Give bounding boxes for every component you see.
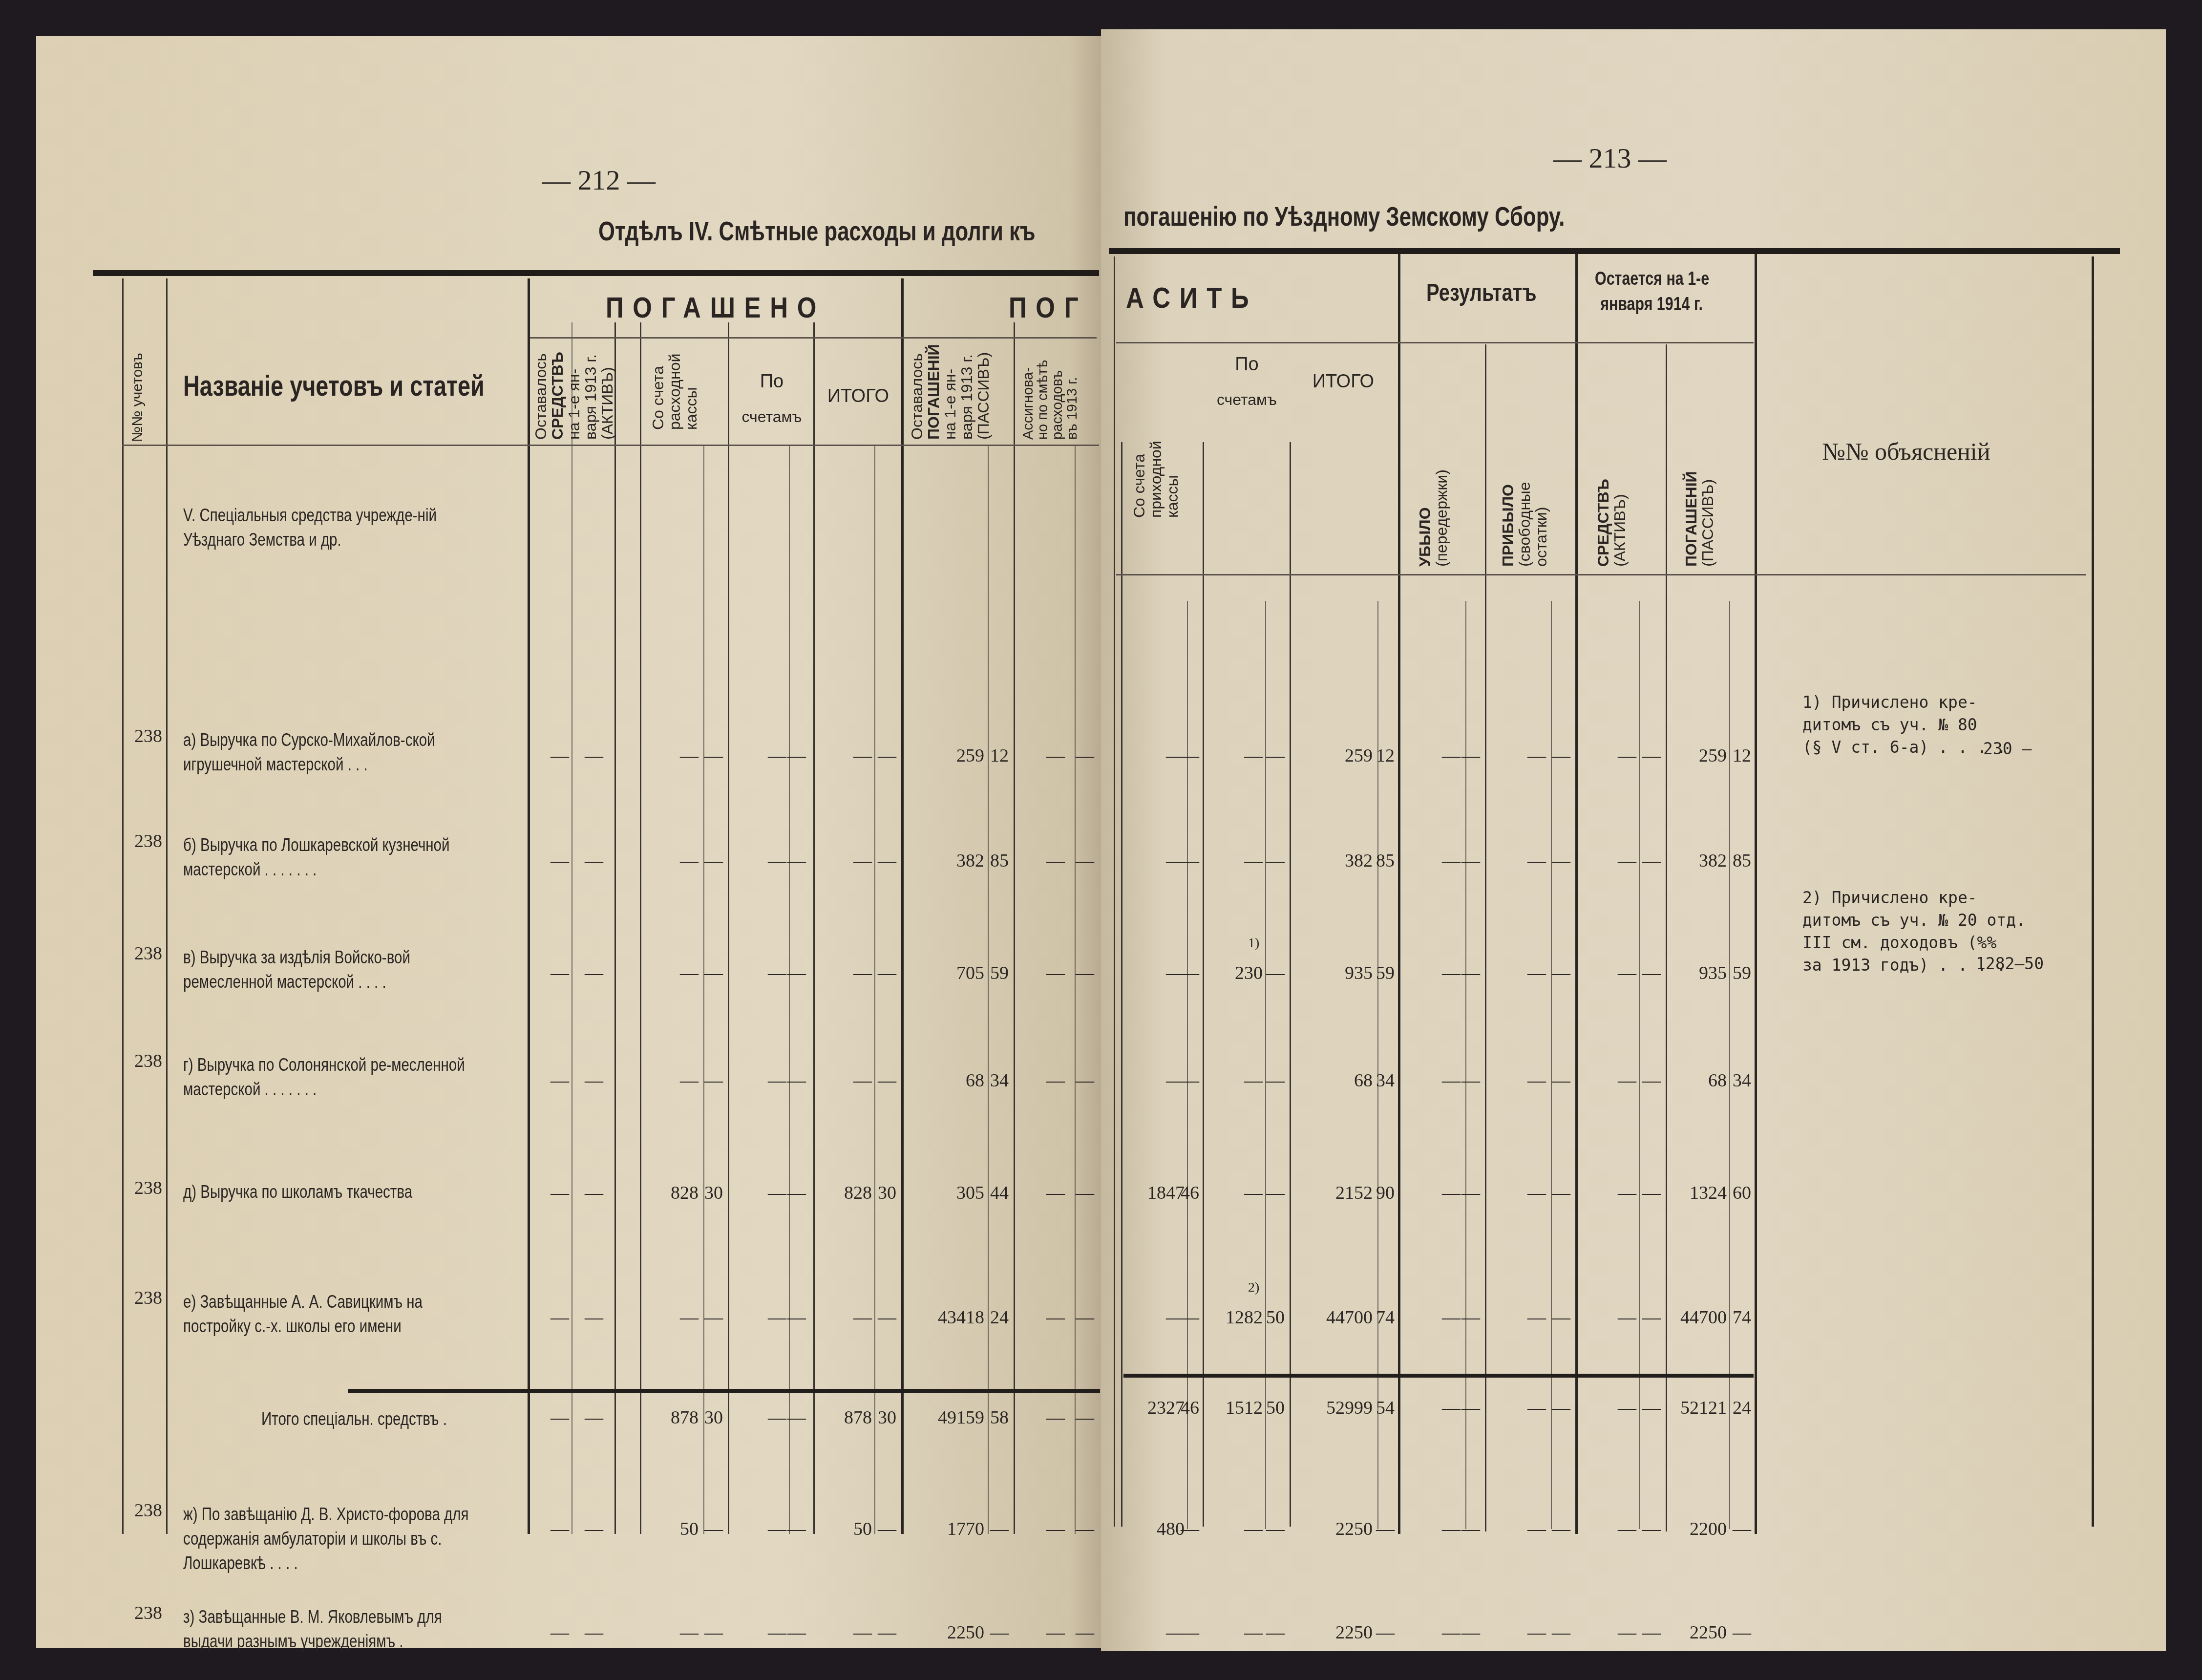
right-cell: —: [1642, 1182, 1661, 1204]
account-number: 238: [134, 725, 162, 747]
right-cell: —: [1642, 745, 1661, 766]
right-cell: —: [1527, 1622, 1546, 1643]
left-cell: —: [704, 1307, 723, 1328]
right-cell: 85: [1733, 850, 1751, 872]
left-cell: 59: [990, 962, 1009, 984]
right-cell: —: [1181, 1307, 1199, 1328]
total-left-cell: —: [585, 1407, 603, 1428]
total-right-cell: 54: [1376, 1397, 1395, 1419]
left-cell: —: [704, 745, 723, 766]
left-cell: —: [878, 745, 896, 766]
left-cell: 259: [956, 745, 984, 766]
right-cell: —: [1552, 1070, 1570, 1091]
right-cell: —: [1181, 1070, 1199, 1091]
page-number-left: — 212 —: [542, 164, 656, 196]
right-cell: 259: [1345, 745, 1373, 766]
total-right-cell: —: [1552, 1397, 1570, 1419]
right-cell: 68: [1354, 1070, 1373, 1091]
right-cell: —: [1733, 1622, 1751, 1643]
header-account-no: №№ учетовъ: [129, 353, 146, 442]
left-cell: —: [787, 1307, 806, 1328]
right-cell: 50: [1266, 1307, 1285, 1328]
right-cell: —: [1618, 1070, 1636, 1091]
header-assigned-by-estimate: Ассигнова- но по смѣтѣ расходовъ въ 1913…: [1021, 360, 1080, 440]
right-cell: 59: [1376, 962, 1395, 984]
left-cell: 85: [990, 850, 1009, 872]
right-cell: 68: [1708, 1070, 1727, 1091]
row-label: ж) По завѣщанію Д. В. Христо-форова для …: [183, 1502, 487, 1575]
left-cell: —: [787, 1622, 806, 1643]
total-right-cell: 52121: [1680, 1397, 1727, 1419]
right-cell: —: [1527, 1307, 1546, 1328]
left-cell: 828: [671, 1182, 699, 1204]
left-cell: —: [585, 1070, 603, 1091]
total-right-cell: 50: [1266, 1397, 1285, 1419]
left-cell: —: [1076, 1070, 1094, 1091]
header-from-expense-cash: Со счета расходной кассы: [650, 354, 699, 430]
total-right-cell: 1512: [1226, 1397, 1263, 1419]
right-cell: —: [1552, 745, 1570, 766]
page-title-left: Отдѣлъ IV. Смѣтные расходы и долги къ: [598, 215, 1036, 247]
left-cell: —: [1076, 962, 1094, 984]
total-right-cell: —: [1527, 1397, 1546, 1419]
right-cell: —: [1642, 850, 1661, 872]
right-cell: 12: [1376, 745, 1395, 766]
left-cell: —: [1046, 1622, 1065, 1643]
left-cell: —: [853, 1307, 872, 1328]
total-right-cell: —: [1461, 1397, 1480, 1419]
right-cell: —: [1461, 1307, 1480, 1328]
right-cell: —: [1461, 1070, 1480, 1091]
left-cell: —: [768, 1518, 786, 1540]
total-left-cell: —: [787, 1407, 806, 1428]
total-left-cell: 58: [990, 1407, 1009, 1428]
right-cell: —: [1266, 1182, 1285, 1204]
total-label: Итого спеціальн. средствъ .: [261, 1407, 502, 1431]
left-cell: —: [878, 1518, 896, 1540]
left-cell: 43418: [938, 1307, 984, 1328]
right-cell: —: [1244, 1622, 1263, 1643]
header-remaining-funds: Оставалось СРЕДСТВЪ на 1-е ян- варя 1913…: [532, 352, 615, 440]
right-cell: 259: [1699, 745, 1727, 766]
right-cell: —: [1461, 1518, 1480, 1540]
page-number-right: — 213 —: [1553, 142, 1667, 174]
row-label: д) Выручка по школамъ ткачества: [183, 1180, 487, 1204]
right-cell: 230: [1235, 962, 1263, 984]
right-cell: —: [1244, 1518, 1263, 1540]
page-title-right: погашенію по Уѣздному Земскому Сбору.: [1123, 200, 1565, 232]
right-cell: —: [1181, 962, 1199, 984]
left-cell: —: [768, 1182, 786, 1204]
left-cell: —: [787, 1518, 806, 1540]
right-cell: —: [1461, 745, 1480, 766]
left-cell: —: [1046, 1070, 1065, 1091]
right-cell: —: [1642, 962, 1661, 984]
right-cell: —: [1442, 962, 1461, 984]
left-cell: —: [704, 962, 723, 984]
right-cell: 2250: [1335, 1622, 1373, 1643]
right-cell: —: [1181, 850, 1199, 872]
left-cell: 24: [990, 1307, 1009, 1328]
right-cell: —: [1181, 745, 1199, 766]
left-cell: 2250: [947, 1622, 984, 1643]
row-label: в) Выручка за издѣлія Войско-вой ремесле…: [183, 945, 487, 994]
right-cell: —: [1461, 1622, 1480, 1643]
total-right-cell: 52999: [1326, 1397, 1373, 1419]
right-cell: —: [1376, 1622, 1395, 1643]
right-cell: 935: [1699, 962, 1727, 984]
right-cell: —: [1266, 962, 1285, 984]
total-left-cell: —: [1076, 1407, 1094, 1428]
right-cell: —: [1244, 1182, 1263, 1204]
total-right-cell: 46: [1181, 1397, 1199, 1419]
left-cell: 828: [844, 1182, 872, 1204]
right-cell: 46: [1181, 1182, 1199, 1204]
right-cell: —: [1527, 745, 1546, 766]
right-cell: 74: [1733, 1307, 1751, 1328]
left-cell: 30: [878, 1182, 896, 1204]
right-cell: —: [1266, 850, 1285, 872]
right-cell: —: [1642, 1307, 1661, 1328]
total-left-cell: —: [550, 1407, 569, 1428]
row-label: б) Выручка по Лошкаревской кузнечной мас…: [183, 833, 487, 882]
left-cell: —: [1076, 1182, 1094, 1204]
right-cell: —: [1442, 1622, 1461, 1643]
section-title: V. Спеціальныя средства учрежде-ній Уѣзд…: [183, 503, 471, 552]
header-from-income-cash: Со счета приходной кассы: [1131, 441, 1181, 518]
left-cell: —: [585, 745, 603, 766]
right-cell: —: [1733, 1518, 1751, 1540]
right-cell: —: [1181, 1622, 1199, 1643]
total-right-cell: —: [1442, 1397, 1461, 1419]
header-gain: ПРИБЫЛО (свободные остатки): [1500, 482, 1549, 567]
left-cell: —: [550, 1182, 569, 1204]
right-cell: —: [1618, 850, 1636, 872]
left-cell: —: [1076, 850, 1094, 872]
account-number: 238: [134, 1602, 162, 1624]
left-cell: —: [853, 745, 872, 766]
left-cell: —: [878, 1070, 896, 1091]
left-cell: —: [768, 745, 786, 766]
right-cell: 85: [1376, 850, 1395, 872]
right-cell: —: [1461, 1182, 1480, 1204]
left-cell: 1770: [947, 1518, 984, 1540]
right-cell: —: [1642, 1518, 1661, 1540]
left-cell: —: [1076, 1307, 1094, 1328]
right-cell: 60: [1733, 1182, 1751, 1204]
right-cell: 1847: [1147, 1182, 1185, 1204]
right-cell: —: [1442, 850, 1461, 872]
header-loss: УБЫЛО (передержки): [1417, 469, 1450, 567]
header-remains-repayments: ПОГАШЕНІЙ (ПАССИВЪ): [1683, 471, 1716, 567]
left-cell: —: [787, 962, 806, 984]
left-cell: —: [1046, 962, 1065, 984]
left-cell: —: [787, 850, 806, 872]
left-cell: —: [1046, 1307, 1065, 1328]
right-cell: —: [1527, 1070, 1546, 1091]
right-cell: —: [1376, 1518, 1395, 1540]
right-cell: —: [1552, 1182, 1570, 1204]
left-cell: —: [1046, 1182, 1065, 1204]
note-2-amount: 1282—50: [1976, 953, 2044, 975]
left-cell: —: [585, 850, 603, 872]
note-ref: 1): [1248, 936, 1259, 951]
left-cell: —: [990, 1518, 1009, 1540]
total-right-cell: 2327: [1147, 1397, 1185, 1419]
left-cell: —: [768, 1307, 786, 1328]
right-cell: 2250: [1335, 1518, 1373, 1540]
table-top-rule-left: [93, 270, 1099, 276]
right-cell: 935: [1345, 962, 1373, 984]
left-cell: —: [680, 1307, 699, 1328]
right-cell: —: [1618, 1182, 1636, 1204]
right-cell: —: [1461, 850, 1480, 872]
left-cell: —: [878, 1622, 896, 1643]
left-cell: —: [680, 1622, 699, 1643]
right-cell: —: [1181, 1518, 1199, 1540]
right-cell: —: [1527, 850, 1546, 872]
left-cell: 34: [990, 1070, 1009, 1091]
left-cell: —: [550, 850, 569, 872]
total-left-cell: —: [1046, 1407, 1065, 1428]
left-cell: 50: [853, 1518, 872, 1540]
total-left-cell: 30: [704, 1407, 723, 1428]
left-cell: —: [878, 850, 896, 872]
row-label: з) Завѣщанные В. М. Яковлевымъ для выдач…: [183, 1605, 487, 1654]
right-cell: —: [1266, 1518, 1285, 1540]
left-cell: —: [768, 1070, 786, 1091]
right-cell: —: [1618, 745, 1636, 766]
note-1-amount: 230 —: [1983, 738, 2032, 760]
right-cell: —: [1552, 1307, 1570, 1328]
left-cell: —: [1046, 1518, 1065, 1540]
header-total-right: ИТОГО: [1294, 371, 1392, 392]
total-left-cell: 878: [671, 1407, 699, 1428]
total-left-cell: —: [768, 1407, 786, 1428]
right-cell: 382: [1345, 850, 1373, 872]
right-cell: —: [1442, 1182, 1461, 1204]
right-cell: —: [1527, 1518, 1546, 1540]
right-cell: —: [1618, 1307, 1636, 1328]
total-right-cell: —: [1618, 1397, 1636, 1419]
total-right-cell: 24: [1733, 1397, 1751, 1419]
left-cell: —: [704, 850, 723, 872]
total-left-cell: 30: [878, 1407, 896, 1428]
right-cell: 44700: [1326, 1307, 1373, 1328]
left-cell: —: [585, 1182, 603, 1204]
left-cell: —: [585, 1307, 603, 1328]
right-cell: 34: [1733, 1070, 1751, 1091]
left-cell: —: [550, 1307, 569, 1328]
right-cell: —: [1527, 962, 1546, 984]
right-cell: —: [1552, 1622, 1570, 1643]
right-cell: 74: [1376, 1307, 1395, 1328]
left-cell: —: [878, 962, 896, 984]
note-ref: 2): [1248, 1280, 1259, 1296]
left-cell: —: [787, 745, 806, 766]
left-cell: —: [853, 850, 872, 872]
right-cell: 382: [1699, 850, 1727, 872]
left-cell: —: [585, 962, 603, 984]
header-name: Названіе учетовъ и статей: [183, 369, 485, 403]
left-cell: —: [550, 1622, 569, 1643]
left-cell: —: [768, 1622, 786, 1643]
left-cell: —: [550, 745, 569, 766]
right-cell: 2200: [1690, 1518, 1727, 1540]
right-cell: 1282: [1226, 1307, 1263, 1328]
right-cell: —: [1442, 1518, 1461, 1540]
header-group-remains: Остается на 1-е января 1914 г.: [1595, 266, 1709, 317]
right-cell: —: [1552, 850, 1570, 872]
left-cell: —: [585, 1518, 603, 1540]
right-cell: —: [1442, 1307, 1461, 1328]
left-cell: —: [1076, 1518, 1094, 1540]
left-cell: —: [853, 1622, 872, 1643]
left-cell: —: [1046, 745, 1065, 766]
left-cell: —: [704, 1518, 723, 1540]
header-by-accounts-right: По счетамъ: [1207, 354, 1287, 410]
left-cell: —: [704, 1622, 723, 1643]
header-by-accounts-left: По счетамъ: [733, 371, 811, 427]
right-cell: —: [1552, 1518, 1570, 1540]
right-cell: —: [1244, 1070, 1263, 1091]
account-number: 238: [134, 1050, 162, 1072]
left-cell: —: [768, 850, 786, 872]
right-cell: —: [1527, 1182, 1546, 1204]
left-cell: —: [550, 962, 569, 984]
header-total-left: ИТОГО: [817, 386, 900, 406]
row-label: г) Выручка по Солонянской ре-месленной м…: [183, 1053, 487, 1102]
header-group-repaid: ПОГАШЕНО: [606, 291, 826, 324]
left-cell: —: [878, 1307, 896, 1328]
left-cell: —: [787, 1070, 806, 1091]
right-cell: —: [1642, 1070, 1661, 1091]
left-cell: —: [990, 1622, 1009, 1643]
left-cell: —: [787, 1182, 806, 1204]
right-cell: 1324: [1690, 1182, 1727, 1204]
left-cell: —: [1076, 1622, 1094, 1643]
header-notes: №№ объясненій: [1822, 437, 1990, 466]
left-cell: —: [550, 1518, 569, 1540]
right-cell: —: [1618, 1622, 1636, 1643]
left-cell: 305: [956, 1182, 984, 1204]
left-cell: 705: [956, 962, 984, 984]
account-number: 238: [134, 1500, 162, 1521]
left-cell: —: [680, 850, 699, 872]
header-group-result: Результатъ: [1426, 278, 1537, 307]
left-cell: —: [853, 962, 872, 984]
account-number: 238: [134, 830, 162, 852]
right-cell: 90: [1376, 1182, 1395, 1204]
right-cell: —: [1244, 850, 1263, 872]
right-cell: —: [1266, 745, 1285, 766]
right-cell: 12: [1733, 745, 1751, 766]
account-number: 238: [134, 943, 162, 964]
left-cell: —: [680, 745, 699, 766]
account-number: 238: [134, 1287, 162, 1309]
left-cell: —: [853, 1070, 872, 1091]
left-cell: 50: [680, 1518, 699, 1540]
left-cell: —: [768, 962, 786, 984]
left-cell: 68: [966, 1070, 984, 1091]
left-cell: 12: [990, 745, 1009, 766]
row-label: а) Выручка по Сурско-Михайлов-ской игруш…: [183, 728, 487, 777]
left-cell: —: [680, 962, 699, 984]
left-cell: —: [1076, 745, 1094, 766]
left-cell: 30: [704, 1182, 723, 1204]
left-cell: —: [550, 1070, 569, 1091]
row-label: е) Завѣщанные А. А. Савицкимъ на построй…: [183, 1290, 487, 1339]
right-cell: —: [1244, 745, 1263, 766]
header-group-to-repay-right: АСИТЬ: [1126, 281, 1258, 315]
right-cell: 2250: [1690, 1622, 1727, 1643]
total-left-cell: 878: [844, 1407, 872, 1428]
left-cell: —: [704, 1070, 723, 1091]
right-cell: —: [1442, 1070, 1461, 1091]
right-cell: —: [1266, 1070, 1285, 1091]
right-cell: 59: [1733, 962, 1751, 984]
left-cell: —: [585, 1622, 603, 1643]
right-cell: —: [1266, 1622, 1285, 1643]
account-number: 238: [134, 1177, 162, 1199]
right-cell: 44700: [1680, 1307, 1727, 1328]
left-cell: —: [680, 1070, 699, 1091]
header-group-to-repay-left: ПОГ: [1009, 291, 1087, 324]
note-1: 1) Причислено кре- дитомъ съ уч. № 80 (§…: [1802, 691, 2006, 759]
right-cell: 34: [1376, 1070, 1395, 1091]
right-cell: —: [1442, 745, 1461, 766]
total-left-cell: 49159: [938, 1407, 984, 1428]
table-top-rule-right: [1109, 248, 2120, 254]
left-cell: 44: [990, 1182, 1009, 1204]
right-cell: 2152: [1335, 1182, 1373, 1204]
total-right-cell: —: [1642, 1397, 1661, 1419]
right-cell: —: [1618, 1518, 1636, 1540]
right-cell: —: [1642, 1622, 1661, 1643]
left-cell: —: [1046, 850, 1065, 872]
header-remaining-repayments: Оставалось ПОГАШЕНІЙ на 1-е ян- варя 191…: [909, 344, 992, 440]
header-remains-funds: СРЕДСТВЪ (АКТИВЪ): [1595, 479, 1628, 567]
left-cell: 382: [956, 850, 984, 872]
right-cell: —: [1552, 962, 1570, 984]
right-cell: —: [1618, 962, 1636, 984]
right-cell: —: [1461, 962, 1480, 984]
